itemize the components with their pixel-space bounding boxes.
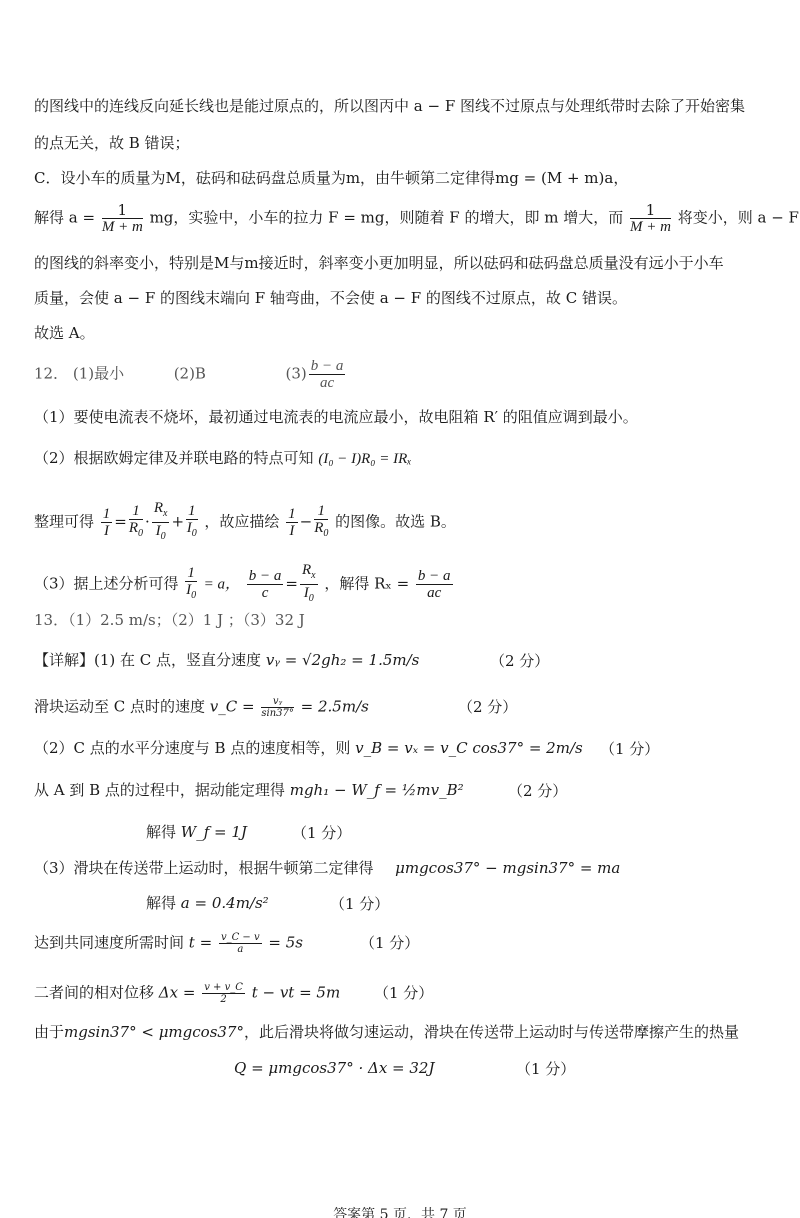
score-badge: （2 分） [458,696,517,717]
q13-line-8: 达到共同速度所需时间 t = v_C − v a = 5s [34,932,303,955]
fraction: RxI0 [300,562,318,607]
q13-answers: 13．（1）2.5 m/s；（2）1 J ；（3）32 J [34,610,305,630]
equation: a = 0.4m/s² [181,894,269,912]
q12-answer-2: (2)B [174,365,206,383]
denominator: c [247,585,284,601]
paragraph-b-conclusion: 的点无关，故 B 错误； [34,133,190,153]
text: ，解得 Rₓ = [324,575,409,593]
numerator: 1 [186,503,198,520]
text: （2）C 点的水平分速度与 B 点的速度相等，则 [34,739,350,757]
text: 解得 a = [34,209,95,227]
paragraph-c-solve: 解得 a = 1 M + m mg，实验中，小车的拉力 F = mg，则随着 F… [34,202,799,235]
text: ，此后滑块将做匀速运动，滑块在传送带上运动时与传送带摩擦产生的热量 [244,1023,739,1041]
numerator: 1 [101,506,113,523]
equation: (I₀ − I)R₀ = IRₓ [318,451,411,467]
text: mg，实验中，小车的拉力 F = mg，则随着 F 的增大，即 m 增大，而 [150,209,624,227]
q12-answer-1: (1)最小 [73,365,124,383]
equation: W_f = 1J [181,823,247,841]
q12-step-3: （3）据上述分析可得 1I0 = a， b − ac=RxI0 ，解得 Rₓ =… [34,562,455,607]
q12-number: 12． [34,365,68,383]
q13-line-9: 二者间的相对位移 Δx = v + v_C 2 t − vt = 5m [34,982,340,1005]
text: （2）根据欧姆定律及并联电路的特点可知 [34,449,314,467]
score-badge: （1 分） [374,982,433,1003]
denominator: M + m [630,219,671,235]
denominator: ac [416,585,453,601]
text: 将变小，则 a − F [678,209,799,227]
numerator: Rx [300,562,318,585]
q12-answer-3-fraction: b − a ac [309,358,346,391]
fraction: 1R0 [314,503,328,542]
q13-line-10: 由于mgsin37° < μmgcos37°，此后滑块将做匀速运动，滑块在传送带… [34,1022,739,1042]
numerator: 1 [102,202,143,219]
q13-line-2: 滑块运动至 C 点时的速度 v_C = vᵧ sin37° = 2.5m/s [34,696,369,719]
equation: mgh₁ − W_f = ½mv_B² [290,781,464,799]
fraction: RxI0 [152,500,170,545]
text: 【详解】(1) 在 C 点，竖直分速度 [34,651,261,669]
denominator: I [286,523,298,539]
q13-line-4: 从 A 到 B 点的过程中，据动能定理得 mgh₁ − W_f = ½mv_B² [34,780,464,800]
equation: v_C = [210,698,255,716]
numerator: v_C − v [219,932,262,944]
score-badge: （1 分） [516,1058,575,1079]
equation: Q = μmgcos37° · Δx = 32J [234,1059,435,1077]
equation: Δx = [159,984,196,1002]
fraction: vᵧ sin37° [261,696,294,719]
denominator: a [219,944,262,955]
answer-choice: 故选 A。 [34,323,95,343]
fraction: 1I [101,506,113,539]
q12-step-2: （2）根据欧姆定律及并联电路的特点可知 (I₀ − I)R₀ = IRₓ [34,448,412,469]
score-badge: （1 分） [292,822,351,843]
text: 滑块运动至 C 点时的速度 [34,698,205,716]
text: 达到共同速度所需时间 [34,934,184,952]
text: （3）据上述分析可得 [34,575,179,593]
equation: v_B = vₓ = v_C cos37° = 2m/s [355,739,583,757]
q12-answers: 12． (1)最小 (2)B (3) b − a ac [34,358,347,391]
score-badge: （1 分） [600,738,659,759]
text: 解得 [146,823,176,841]
score-badge: （2 分） [490,650,549,671]
numerator: Rx [152,500,170,523]
q12-step-1: （1）要使电流表不烧坏，最初通过电流表的电流应最小，故电阻箱 R′ 的阻值应调到… [34,407,638,427]
equation: vᵧ = √2gh₂ = 1.5m/s [266,651,420,669]
equation: t − vt = 5m [252,984,341,1002]
text: 二者间的相对位移 [34,984,154,1002]
q13-line-3: （2）C 点的水平分速度与 B 点的速度相等，则 v_B = vₓ = v_C … [34,738,583,758]
paragraph-c-intro: C．设小车的质量为M，砝码和砝码盘总质量为m，由牛顿第二定律得mg = (M +… [34,168,628,188]
text: 整理可得 [34,513,94,531]
fraction: b − a ac [416,568,453,601]
numerator: 1 [286,506,298,523]
numerator: 1 [630,202,671,219]
denominator: R0 [314,520,328,542]
denominator: I0 [185,582,197,604]
text: （3）滑块在传送带上运动时，根据牛顿第二定律得 [34,859,374,877]
q12-answer-3-label: (3) [286,365,307,383]
equation: = 5s [268,934,303,952]
numerator: b − a [247,568,284,585]
fraction: 1 M + m [630,202,671,235]
paragraph-c-slope: 的图线的斜率变小，特别是M与m接近时，斜率变小更加明显，所以砝码和砝码盘总质量没… [34,253,724,273]
q12-step-rearrange: 整理可得 1I=1R0·RxI0+1I0 ，故应描绘 1I−1R0 的图像。故选… [34,500,456,545]
denominator: I0 [186,520,198,542]
q13-line-5: 解得 W_f = 1J [146,822,247,842]
paragraph-b-continued: 的图线中的连线反向延长线也是能过原点的，所以图丙中 a − F 图线不过原点与处… [34,96,745,116]
equation: mgsin37° < μmgcos37° [64,1023,244,1041]
paragraph-c-conclusion: 质量，会使 a − F 的图线末端向 F 轴弯曲，不会使 a − F 的图线不过… [34,288,627,308]
numerator: vᵧ [261,696,294,708]
denominator: I [101,523,113,539]
fraction: v_C − v a [219,932,262,955]
fraction: v + v_C 2 [202,982,245,1005]
fraction: 1I [286,506,298,539]
q13-line-6: （3）滑块在传送带上运动时，根据牛顿第二定律得 μmgcos37° − mgsi… [34,858,620,878]
q13-line-1: 【详解】(1) 在 C 点，竖直分速度 vᵧ = √2gh₂ = 1.5m/s [34,650,419,670]
score-badge: （1 分） [330,893,389,914]
fraction: 1 M + m [102,202,143,235]
q13-line-7: 解得 a = 0.4m/s² [146,893,269,913]
text: ，故应描绘 [204,513,279,531]
denominator: M + m [102,219,143,235]
numerator: 1 [314,503,328,520]
text: 由于 [34,1023,64,1041]
equation: t = [189,934,212,952]
equation: μmgcos37° − mgsin37° = ma [395,859,620,877]
equation: = a， [204,577,240,593]
numerator: 1 [185,565,197,582]
denominator: 2 [202,994,245,1005]
score-badge: （2 分） [508,780,567,801]
page-footer: 答案第 5 页，共 7 页 [0,1204,800,1218]
denominator: sin37° [261,708,294,719]
numerator: v + v_C [202,982,245,994]
equation: = 2.5m/s [301,698,369,716]
text: 从 A 到 B 点的过程中，据动能定理得 [34,781,285,799]
fraction: 1I0 [185,565,197,604]
numerator: b − a [309,358,346,375]
fraction: b − ac [247,568,284,601]
denominator: I0 [152,523,170,545]
numerator: b − a [416,568,453,585]
denominator: R0 [129,520,143,542]
denominator: ac [309,375,346,391]
fraction: 1R0 [129,503,143,542]
denominator: I0 [300,585,318,607]
text: 的图像。故选 B。 [335,513,456,531]
fraction: 1I0 [186,503,198,542]
text: 解得 [146,894,176,912]
numerator: 1 [129,503,143,520]
score-badge: （1 分） [360,932,419,953]
q13-line-11: Q = μmgcos37° · Δx = 32J [234,1058,435,1078]
